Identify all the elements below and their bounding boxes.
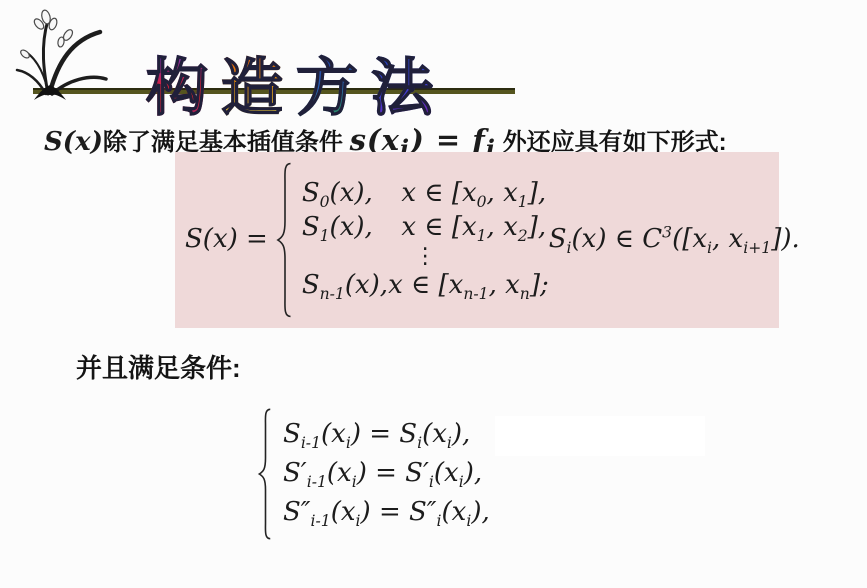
piecewise-definition: S(x) = S0(x), x ∈ [x0, x1], S1(x), x ∈ […	[185, 162, 549, 318]
erased-region	[495, 416, 705, 456]
condition-second-derivative: S″i-1(xi) = S″i(xi),	[283, 498, 490, 528]
condition-first-derivative: S′i-1(xi) = S′i(xi),	[283, 459, 490, 489]
piecewise-last-row: Sn-1(x),x ∈ [xn-1, xn];	[302, 271, 549, 301]
piecewise-func: S0(x),	[302, 179, 376, 209]
title-char: 构	[146, 54, 221, 123]
piecewise-domain: x ∈ [x0, x1],	[401, 179, 548, 209]
condition-continuity: Si-1(xi) = Si(xi),	[283, 420, 490, 450]
page-title: 构造方法	[146, 56, 446, 121]
title-char: 方	[296, 54, 371, 123]
piecewise-func: Sn-1(x),	[302, 270, 388, 300]
left-brace	[274, 162, 296, 318]
conditions-system: Si-1(xi) = Si(xi), S′i-1(xi) = S′i(xi), …	[256, 408, 490, 540]
left-brace	[256, 408, 275, 540]
piecewise-lhs: S(x) =	[185, 225, 268, 255]
vertical-ellipsis: ⋮	[302, 247, 549, 267]
piecewise-formula-box: S(x) = S0(x), x ∈ [x0, x1], S1(x), x ∈ […	[175, 152, 779, 328]
conditions-rows: Si-1(xi) = Si(xi), S′i-1(xi) = S′i(xi), …	[283, 420, 490, 528]
piecewise-domain: x ∈ [xn-1, xn];	[388, 270, 549, 300]
conditions-label: 并且满足条件:	[76, 348, 241, 385]
piecewise-domain: x ∈ [x1, x2],	[401, 213, 548, 243]
piecewise-rows: S0(x), x ∈ [x0, x1], S1(x), x ∈ [x1, x2]…	[302, 179, 549, 300]
slide: 构造方法 S(x)除了满足基本插值条件 s(xi) = fi 外还应具有如下形式…	[0, 0, 867, 588]
inline-math-sx: S(x)	[44, 127, 103, 157]
title-char: 造	[221, 54, 296, 123]
orchid-flower-icon	[10, 2, 110, 102]
piecewise-func: S1(x),	[302, 213, 376, 243]
title-char: 法	[371, 54, 446, 123]
smoothness-formula: Si(x) ∈ C3([xi, xi+1]).	[549, 225, 800, 255]
